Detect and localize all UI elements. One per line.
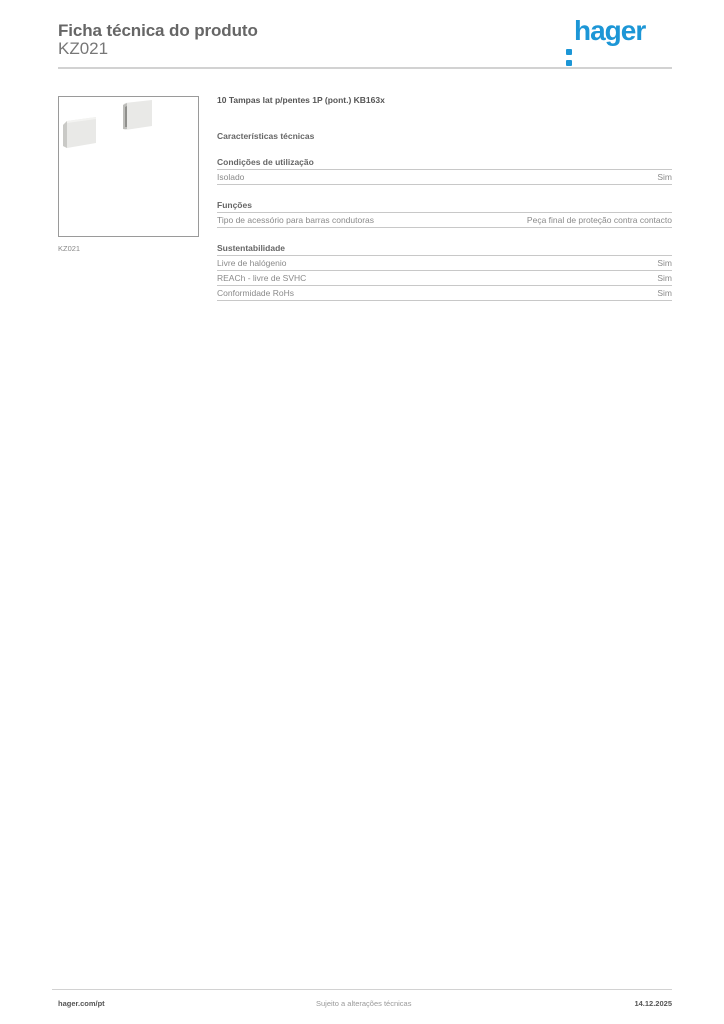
spec-row: Conformidade RoHs Sim	[217, 286, 672, 301]
spec-row: Isolado Sim	[217, 170, 672, 185]
spec-label: Conformidade RoHs	[217, 287, 294, 299]
spec-value: Sim	[657, 257, 672, 269]
spec-group-conditions: Condições de utilização Isolado Sim	[217, 156, 672, 185]
product-name: 10 Tampas lat p/pentes 1P (pont.) KB163x	[217, 94, 672, 106]
spec-value: Sim	[657, 171, 672, 183]
spec-label: Livre de halógenio	[217, 257, 286, 269]
footer-date: 14.12.2025	[634, 999, 672, 1008]
hager-logo: hager	[566, 15, 645, 47]
footer-website-link[interactable]: hager.com/pt	[58, 999, 105, 1008]
spec-label: REACh - livre de SVHC	[217, 272, 306, 284]
spec-value: Peça final de proteção contra contacto	[527, 214, 672, 226]
spec-row: Tipo de acessório para barras condutoras…	[217, 213, 672, 228]
footer-disclaimer: Sujeito a alterações técnicas	[316, 999, 411, 1008]
section-title: Características técnicas	[217, 130, 672, 142]
specifications: 10 Tampas lat p/pentes 1P (pont.) KB163x…	[217, 94, 672, 301]
spec-row: Livre de halógenio Sim	[217, 256, 672, 271]
spec-value: Sim	[657, 287, 672, 299]
image-caption: KZ021	[58, 244, 80, 253]
spec-label: Tipo de acessório para barras condutoras	[217, 214, 374, 226]
footer-divider	[52, 989, 672, 990]
product-photo-icon	[59, 97, 198, 236]
group-title: Funções	[217, 199, 672, 213]
product-code: KZ021	[58, 39, 108, 59]
spec-group-sustainability: Sustentabilidade Livre de halógenio Sim …	[217, 242, 672, 301]
header-divider	[58, 67, 672, 69]
group-title: Condições de utilização	[217, 156, 672, 170]
spec-group-functions: Funções Tipo de acessório para barras co…	[217, 199, 672, 228]
spec-row: REACh - livre de SVHC Sim	[217, 271, 672, 286]
logo-text: hager	[574, 15, 645, 46]
product-image	[58, 96, 199, 237]
group-title: Sustentabilidade	[217, 242, 672, 256]
spec-value: Sim	[657, 272, 672, 284]
page-title: Ficha técnica do produto	[58, 21, 258, 41]
spec-label: Isolado	[217, 171, 244, 183]
